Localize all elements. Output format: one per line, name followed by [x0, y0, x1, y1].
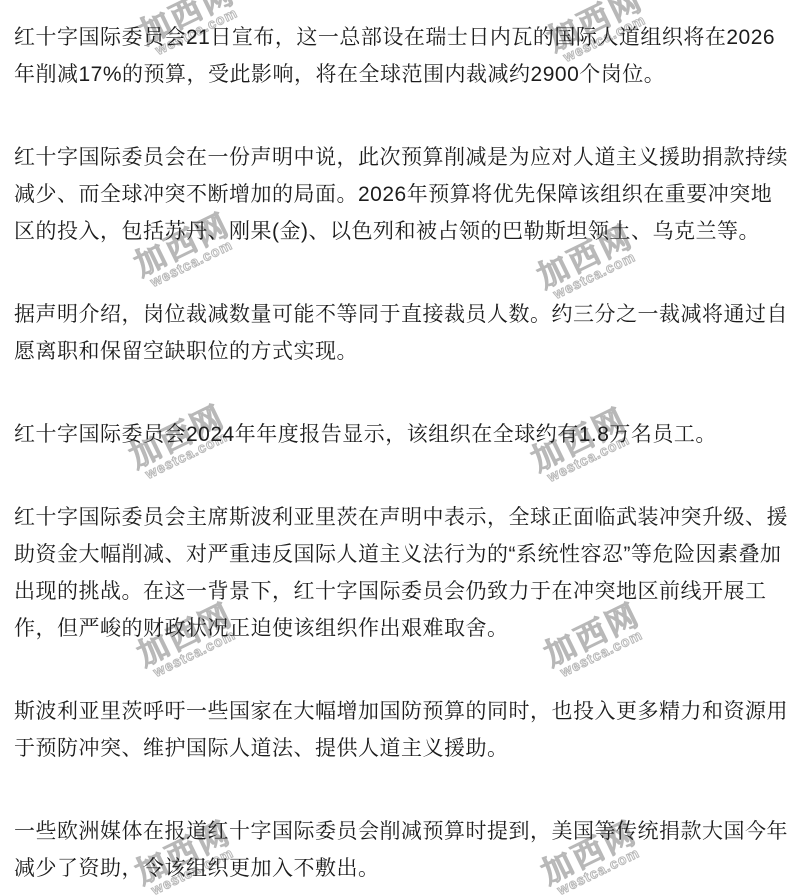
article-body: 红十字国际委员会21日宣布，这一总部设在瑞士日内瓦的国际人道组织将在2026年削… [0, 0, 800, 887]
article-paragraph: 红十字国际委员会21日宣布，这一总部设在瑞士日内瓦的国际人道组织将在2026年削… [14, 19, 788, 93]
article-paragraph: 红十字国际委员会主席斯波利亚里茨在声明中表示，全球正面临武装冲突升级、援助资金大… [14, 499, 788, 647]
article-paragraph: 红十字国际委员会2024年年度报告显示，该组织在全球约有1.8万名员工。 [14, 416, 788, 453]
article-paragraph: 据声明介绍，岗位裁减数量可能不等同于直接裁员人数。约三分之一裁减将通过自愿离职和… [14, 296, 788, 370]
article-paragraph: 斯波利亚里茨呼吁一些国家在大幅增加国防预算的同时，也投入更多精力和资源用于预防冲… [14, 693, 788, 767]
article-paragraph: 红十字国际委员会在一份声明中说，此次预算削减是为应对人道主义援助捐款持续减少、而… [14, 139, 788, 250]
article-paragraph: 一些欧洲媒体在报道红十字国际委员会削减预算时提到，美国等传统捐款大国今年减少了资… [14, 813, 788, 887]
